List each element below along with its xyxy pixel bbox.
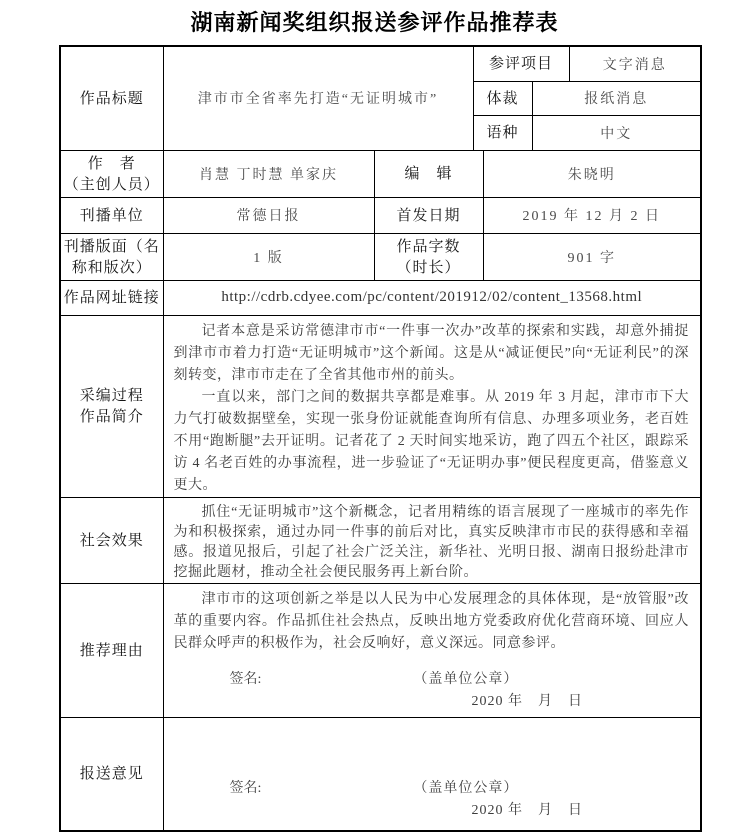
language-value: 中文 xyxy=(532,115,701,150)
recommendation-signature-block: 签名: （盖单位公章） 2020 年 月 日 xyxy=(174,669,690,713)
submission-content: 签名: （盖单位公章） 2020 年 月 日 xyxy=(163,717,701,831)
social-effect-paragraph: 抓住“无证明城市”这个新概念，记者用精练的语言展现了一座城市的率先作为和积极探索… xyxy=(174,503,690,583)
work-title-label: 作品标题 xyxy=(60,46,163,150)
process-section-label: 采编过程 作品简介 xyxy=(60,315,163,497)
submission-sign-label: 签名: xyxy=(230,778,262,800)
recommendation-label: 推荐理由 xyxy=(60,583,163,717)
process-paragraph-2: 一直以来，部门之间的数据共享都是难事。从 2019 年 3 月起，津市市下大力气… xyxy=(174,387,690,497)
language-label: 语种 xyxy=(473,115,532,150)
document-page: { "page": { "title": "湖南新闻奖组织报送参评作品推荐表" … xyxy=(0,8,749,821)
author-value: 肖慧 丁时慧 单家庆 xyxy=(163,150,374,197)
recommendation-form-table: 作品标题 津市市全省率先打造“无证明城市” 参评项目 文字消息 体裁 报纸消息 … xyxy=(59,45,702,832)
layout-label-line2: 称和版次） xyxy=(61,257,163,278)
editor-value: 朱晓明 xyxy=(483,150,701,197)
author-label-line2: （主创人员） xyxy=(61,174,163,195)
word-count-label-line2: （时长） xyxy=(375,257,483,278)
recommendation-stamp-note: （盖单位公章） xyxy=(413,669,518,691)
entry-item-label: 参评项目 xyxy=(473,46,569,81)
submission-stamp-note: （盖单位公章） xyxy=(413,778,518,800)
layout-label-line1: 刊播版面（名 xyxy=(61,236,163,257)
author-label: 作 者 （主创人员） xyxy=(60,150,163,197)
url-label: 作品网址链接 xyxy=(60,280,163,315)
submission-date-line: 2020 年 月 日 xyxy=(174,800,690,822)
word-count-label-line1: 作品字数 xyxy=(375,236,483,257)
social-effect-label: 社会效果 xyxy=(60,497,163,583)
publish-unit-label: 刊播单位 xyxy=(60,197,163,233)
page-title: 湖南新闻奖组织报送参评作品推荐表 xyxy=(0,8,749,38)
publish-unit-value: 常德日报 xyxy=(163,197,374,233)
recommendation-content: 津市市的这项创新之举是以人民为中心发展理念的具体体现，是“放管服”改革的重要内容… xyxy=(163,583,701,717)
author-label-line1: 作 者 xyxy=(61,153,163,174)
layout-label: 刊播版面（名 称和版次） xyxy=(60,233,163,280)
first-date-label: 首发日期 xyxy=(374,197,483,233)
entry-item-value: 文字消息 xyxy=(569,46,701,81)
submission-label: 报送意见 xyxy=(60,717,163,831)
process-label-line1: 采编过程 xyxy=(61,385,163,406)
genre-label: 体裁 xyxy=(473,81,532,115)
process-label-line2: 作品简介 xyxy=(61,406,163,427)
process-section-content: 记者本意是采访常德津市市“一件事一次办”改革的探索和实践，却意外捕捉到津市市着力… xyxy=(163,315,701,497)
url-value: http://cdrb.cdyee.com/pc/content/201912/… xyxy=(163,280,701,315)
social-effect-content: 抓住“无证明城市”这个新概念，记者用精练的语言展现了一座城市的率先作为和积极探索… xyxy=(163,497,701,583)
first-date-value: 2019 年 12 月 2 日 xyxy=(483,197,701,233)
process-paragraph-1: 记者本意是采访常德津市市“一件事一次办”改革的探索和实践，却意外捕捉到津市市着力… xyxy=(174,321,690,387)
word-count-value: 901 字 xyxy=(483,233,701,280)
layout-value: 1 版 xyxy=(163,233,374,280)
editor-label: 编 辑 xyxy=(374,150,483,197)
recommendation-paragraph: 津市市的这项创新之举是以人民为中心发展理念的具体体现，是“放管服”改革的重要内容… xyxy=(174,589,690,655)
recommendation-sign-label: 签名: xyxy=(230,669,262,691)
recommendation-date-line: 2020 年 月 日 xyxy=(174,691,690,713)
submission-signature-block: 签名: （盖单位公章） 2020 年 月 日 xyxy=(174,778,690,822)
work-title-value: 津市市全省率先打造“无证明城市” xyxy=(163,46,473,150)
word-count-label: 作品字数 （时长） xyxy=(374,233,483,280)
genre-value: 报纸消息 xyxy=(532,81,701,115)
